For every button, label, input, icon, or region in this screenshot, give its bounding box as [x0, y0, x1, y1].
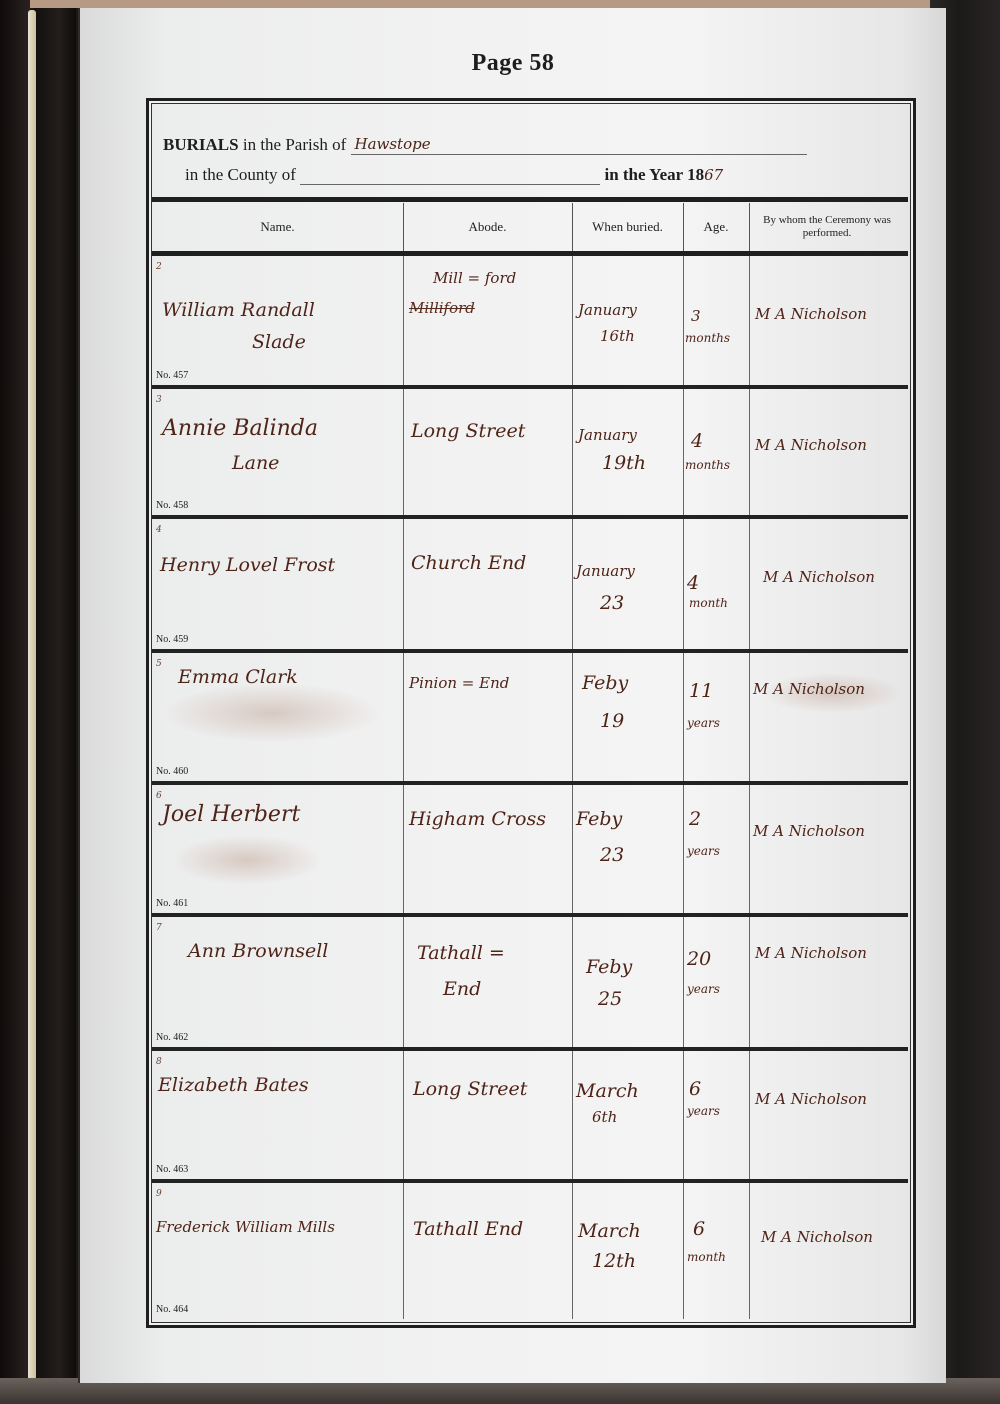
date-month: March [578, 1219, 641, 1243]
age-unit: years [687, 839, 720, 863]
age-unit: months [685, 453, 730, 477]
age-unit: months [685, 326, 730, 350]
sequence-number: 7 [156, 923, 162, 933]
date-day: 19 [600, 709, 624, 733]
year-field: 67 [704, 167, 730, 185]
officiant-cell: M A Nicholson [749, 519, 908, 649]
officiant-name: M A Nicholson [753, 819, 865, 843]
register-page: Page 58 BURIALS in the Parish of Hawstop… [78, 8, 946, 1383]
officiant-name: M A Nicholson [755, 1087, 867, 1111]
officiant-name: M A Nicholson [755, 941, 867, 965]
age-cell: 2 years [683, 785, 750, 913]
date-cell: January 23 [572, 519, 684, 649]
abode-text-line2: End [443, 977, 481, 1001]
abode-text: Higham Cross [409, 807, 546, 831]
column-header-name: Name. [152, 203, 404, 251]
entry-number: No. 463 [156, 1164, 188, 1175]
date-month: Feby [586, 955, 632, 979]
parish-field: Hawstope [351, 136, 807, 155]
date-day: 23 [600, 591, 624, 615]
entry-number: No. 458 [156, 500, 188, 511]
abode-struck-text: Milliford [409, 296, 475, 320]
county-field [300, 166, 600, 185]
abode-text: Long Street [411, 419, 525, 443]
table-row: 9 Frederick William Mills No. 464 Tathal… [152, 1183, 908, 1319]
parish-label: in the Parish of [243, 135, 346, 154]
age-number: 6 [689, 1077, 701, 1101]
age-cell: 4 month [683, 519, 750, 649]
age-cell: 6 years [683, 1051, 750, 1179]
date-cell: March 6th [572, 1051, 684, 1179]
sequence-number: 4 [156, 525, 162, 535]
sequence-number: 2 [156, 262, 162, 272]
burial-register-table: BURIALS in the Parish of Hawstope in the… [146, 98, 916, 1328]
date-month: January [578, 298, 637, 322]
date-day: 19th [602, 451, 646, 475]
officiant-name: M A Nicholson [763, 565, 875, 589]
county-label: in the County of [185, 165, 296, 184]
officiant-name: M A Nicholson [755, 433, 867, 457]
abode-text: Tathall = [417, 941, 505, 965]
age-number: 20 [687, 947, 711, 971]
date-month: Feby [582, 671, 628, 695]
sequence-number: 6 [156, 791, 162, 801]
year-value: 67 [704, 166, 723, 184]
age-cell: 20 years [683, 917, 750, 1047]
book-binding-left [0, 0, 30, 1404]
year-label: in the Year 18 [604, 165, 704, 184]
name-cell: 8 Elizabeth Bates No. 463 [152, 1051, 404, 1179]
officiant-cell: M A Nicholson [749, 389, 908, 515]
entry-number: No. 460 [156, 766, 188, 777]
age-number: 4 [691, 429, 703, 453]
page-title: Page 58 [80, 50, 946, 77]
sequence-number: 9 [156, 1189, 162, 1199]
name-cell: 2 William Randall Slade No. 457 [152, 256, 404, 385]
abode-text: Long Street [413, 1077, 527, 1101]
table-row: 7 Ann Brownsell No. 462 Tathall = End Fe… [152, 917, 908, 1047]
column-header-when-buried: When buried. [572, 203, 684, 251]
officiant-cell: M A Nicholson [749, 1051, 908, 1179]
age-number: 6 [693, 1217, 705, 1241]
register-header: BURIALS in the Parish of Hawstope in the… [155, 107, 907, 201]
sequence-number: 3 [156, 395, 162, 405]
name-cell: 5 Emma Clark No. 460 [152, 653, 404, 781]
date-day: 23 [600, 843, 624, 867]
officiant-cell: M A Nicholson [749, 256, 908, 385]
date-day: 16th [600, 324, 635, 348]
name-cell: 9 Frederick William Mills No. 464 [152, 1183, 404, 1319]
abode-text: Mill = ford [433, 266, 516, 290]
date-cell: Feby 19 [572, 653, 684, 781]
abode-cell: Pinion = End [403, 653, 573, 781]
date-day: 12th [592, 1249, 636, 1273]
age-cell: 4 months [683, 389, 750, 515]
officiant-cell: M A Nicholson [749, 917, 908, 1047]
abode-cell: Church End [403, 519, 573, 649]
abode-text: Tathall End [413, 1217, 523, 1241]
abode-cell: Long Street [403, 1051, 573, 1179]
officiant-name: M A Nicholson [753, 677, 865, 701]
table-row: 5 Emma Clark No. 460 Pinion = End Feby 1… [152, 653, 908, 781]
name-cell: 7 Ann Brownsell No. 462 [152, 917, 404, 1047]
name-line: Henry Lovel Frost [160, 553, 335, 577]
name-line: Joel Herbert [162, 803, 300, 827]
table-row: 8 Elizabeth Bates No. 463 Long Street Ma… [152, 1051, 908, 1179]
parish-line: BURIALS in the Parish of Hawstope [163, 135, 807, 155]
age-number: 2 [689, 807, 701, 831]
officiant-cell: M A Nicholson [749, 785, 908, 913]
date-month: January [578, 423, 637, 447]
book-top-edge [0, 0, 1000, 8]
name-line: Frederick William Mills [156, 1215, 335, 1239]
name-line: Emma Clark [178, 665, 298, 689]
abode-cell: Higham Cross [403, 785, 573, 913]
name-line: Annie Balinda [162, 417, 318, 441]
column-header-officiant: By whom the Ceremony was performed. [749, 203, 905, 251]
table-row: 6 Joel Herbert No. 461 Higham Cross Feby… [152, 785, 908, 913]
table-row: 3 Annie Balinda Lane No. 458 Long Street… [152, 389, 908, 515]
date-cell: March 12th [572, 1183, 684, 1319]
entry-number: No. 462 [156, 1032, 188, 1043]
officiant-name: M A Nicholson [755, 302, 867, 326]
age-cell: 6 month [683, 1183, 750, 1319]
date-cell: January 19th [572, 389, 684, 515]
name-cell: 6 Joel Herbert No. 461 [152, 785, 404, 913]
name-line: Elizabeth Bates [158, 1073, 309, 1097]
abode-cell: Tathall End [403, 1183, 573, 1319]
name-line: Lane [232, 451, 279, 475]
date-day: 25 [598, 987, 622, 1011]
abode-cell: Mill = ford Milliford [403, 256, 573, 385]
entry-number: No. 459 [156, 634, 188, 645]
entry-number: No. 464 [156, 1304, 188, 1315]
age-cell: 11 years [683, 653, 750, 781]
name-line: Slade [252, 330, 306, 354]
name-cell: 4 Henry Lovel Frost No. 459 [152, 519, 404, 649]
officiant-cell: M A Nicholson [749, 653, 908, 781]
officiant-name: M A Nicholson [761, 1225, 873, 1249]
age-unit: month [689, 591, 728, 615]
age-unit: month [687, 1245, 726, 1269]
binding-paper-edge [28, 10, 36, 1380]
date-month: Feby [576, 807, 622, 831]
table-row: 4 Henry Lovel Frost No. 459 Church End J… [152, 519, 908, 649]
burials-label: BURIALS [163, 135, 239, 154]
date-cell: January 16th [572, 256, 684, 385]
abode-cell: Tathall = End [403, 917, 573, 1047]
abode-text: Pinion = End [409, 671, 509, 695]
sequence-number: 8 [156, 1057, 162, 1067]
age-cell: 3 months [683, 256, 750, 385]
name-line: Ann Brownsell [188, 939, 328, 963]
abode-cell: Long Street [403, 389, 573, 515]
county-line: in the County of in the Year 1867 [185, 165, 730, 185]
age-number: 11 [689, 679, 713, 703]
entry-number: No. 461 [156, 898, 188, 909]
officiant-cell: M A Nicholson [749, 1183, 908, 1319]
sequence-number: 5 [156, 659, 162, 669]
date-day: 6th [592, 1105, 617, 1129]
name-cell: 3 Annie Balinda Lane No. 458 [152, 389, 404, 515]
parish-value: Hawstope [355, 135, 431, 153]
name-line: William Randall [162, 298, 315, 322]
book-spine [34, 8, 76, 1393]
age-unit: years [687, 711, 720, 735]
date-cell: Feby 23 [572, 785, 684, 913]
column-header-abode: Abode. [403, 203, 573, 251]
date-cell: Feby 25 [572, 917, 684, 1047]
column-header-age: Age. [683, 203, 750, 251]
date-month: March [576, 1079, 639, 1103]
date-month: January [576, 559, 635, 583]
age-unit: years [687, 977, 720, 1001]
table-row: 2 William Randall Slade No. 457 Mill = f… [152, 256, 908, 385]
age-number: 3 [691, 304, 701, 328]
entry-number: No. 457 [156, 370, 188, 381]
age-unit: years [687, 1099, 720, 1123]
abode-text: Church End [411, 551, 526, 575]
header-rule-top [152, 197, 908, 202]
